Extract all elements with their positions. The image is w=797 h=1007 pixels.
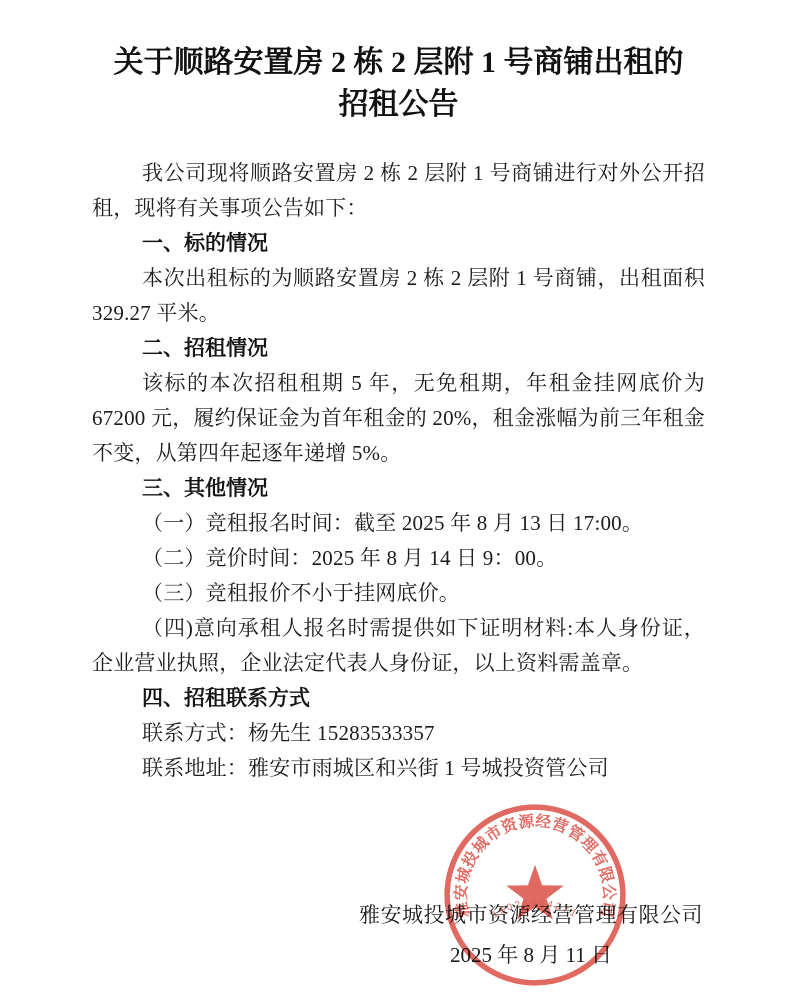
- signature-company: 雅安城投城市资源经营管理有限公司: [359, 895, 703, 935]
- page-title-line2: 招租公告: [92, 84, 705, 126]
- section-4-heading: 四、招租联系方式: [92, 681, 705, 716]
- section-3-heading: 三、其他情况: [92, 471, 705, 506]
- section-2-paragraph: 该标的本次招租租期 5 年，无免租期，年租金挂网底价为 67200 元，履约保证…: [92, 366, 705, 471]
- document-content: 关于顺路安置房 2 栋 2 层附 1 号商铺出租的 招租公告 我公司现将顺路安置…: [92, 42, 705, 786]
- intro-paragraph: 我公司现将顺路安置房 2 栋 2 层附 1 号商铺进行对外公开招租，现将有关事项…: [92, 156, 705, 226]
- signature-date: 2025 年 8 月 11 日: [359, 935, 703, 975]
- section-3-item-3: （三）竞租报价不小于挂网底价。: [92, 576, 705, 611]
- announcement-page: 关于顺路安置房 2 栋 2 层附 1 号商铺出租的 招租公告 我公司现将顺路安置…: [0, 0, 797, 1007]
- section-1-paragraph: 本次出租标的为顺路安置房 2 栋 2 层附 1 号商铺，出租面积 329.27 …: [92, 261, 705, 331]
- section-1-heading: 一、标的情况: [92, 226, 705, 261]
- section-2-heading: 二、招租情况: [92, 331, 705, 366]
- contact-address-line: 联系地址：雅安市雨城区和兴街 1 号城投资管公司: [92, 751, 705, 786]
- section-3-item-1: （一）竞租报名时间：截至 2025 年 8 月 13 日 17:00。: [92, 506, 705, 541]
- signature-block: 雅安城投城市资源经营管理有限公司 2025 年 8 月 11 日: [359, 895, 703, 975]
- contact-phone-line: 联系方式：杨先生 15283533357: [92, 716, 705, 751]
- section-3-item-2: （二）竞价时间：2025 年 8 月 14 日 9：00。: [92, 541, 705, 576]
- page-title-line1: 关于顺路安置房 2 栋 2 层附 1 号商铺出租的: [92, 42, 705, 84]
- page-title: 关于顺路安置房 2 栋 2 层附 1 号商铺出租的 招租公告: [92, 42, 705, 126]
- section-3-item-4: （四)意向承租人报名时需提供如下证明材料:本人身份证，企业营业执照，企业法定代表…: [92, 611, 705, 681]
